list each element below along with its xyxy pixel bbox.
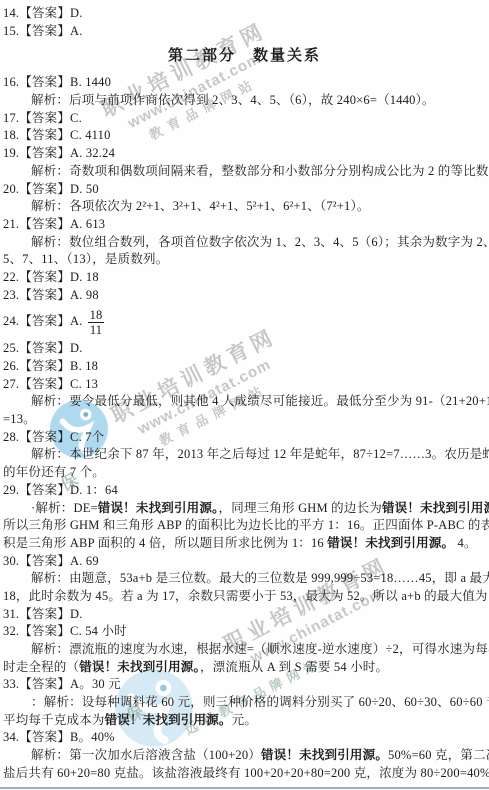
text-segment: 4。	[454, 536, 476, 550]
text-segment: =13。	[3, 412, 36, 426]
text-segment: ，漂流瓶从 A 到 S 需要 54 小时。	[200, 660, 388, 674]
section-title: 第二部分 数量关系	[3, 44, 486, 68]
text-segment: 33.【答案】A。30 元	[3, 677, 121, 691]
text-segment: 解析：后项与前项作商依次得到 2、3、4、5、（6），故 240×6=（1440…	[31, 93, 435, 107]
answer-line: 17.【答案】C.	[3, 110, 486, 128]
answer-line: 29.【答案】D. 1：64	[3, 482, 486, 500]
text-segment: 17.【答案】C.	[3, 111, 82, 125]
text-segment: 26.【答案】B. 18	[3, 359, 98, 373]
document-body: 14.【答案】D.15.【答案】A.第二部分 数量关系16.【答案】B. 144…	[0, 0, 489, 783]
explanation-line: 时走全程的（错误！未找到引用源。，漂流瓶从 A 到 S 需要 54 小时。	[3, 659, 486, 677]
answer-line: 18.【答案】C. 4110	[3, 127, 486, 145]
text-segment: ：解析：设每种调料花 60 元，则三种价格的调料分别买了 60÷20、60÷30…	[31, 695, 489, 709]
answer-line: 34.【答案】B。40%	[3, 729, 486, 747]
answer-line: 14.【答案】D.	[3, 5, 486, 23]
text-segment: 25.【答案】D.	[3, 341, 83, 355]
fraction-prefix: 24.【答案】A.	[3, 313, 83, 331]
answer-line: 16.【答案】B. 1440	[3, 74, 486, 92]
text-segment: 解析：本世纪余下 87 年，2013 年之后每过 12 年是蛇年，87÷12=7…	[31, 447, 489, 461]
answer-key-page: 职业培训教育网 www.chinatat.com 教育品牌网站 职业培训教育网 …	[0, 0, 489, 790]
text-segment: 21.【答案】A. 613	[3, 217, 105, 231]
text-segment: 18.【答案】C. 4110	[3, 128, 111, 142]
text-segment: 的年份还有 7 个。	[3, 465, 105, 479]
explanation-line: 解析：漂流瓶的速度为水速，根据水速=（顺水速度-逆水速度）÷2，可得水速为每小	[3, 641, 486, 659]
text-segment: 28.【答案】C. 7个	[3, 430, 104, 444]
explanation-line: 18，此时余数为 45。若 a 为 17，余数只需要小于 53，最大为 52。所…	[3, 588, 486, 606]
text-segment: 23.【答案】A. 98	[3, 288, 99, 302]
bottom-divider-line	[0, 787, 489, 789]
answer-line: 15.【答案】A.	[3, 23, 486, 41]
fraction-value: 1811	[88, 308, 105, 337]
error-reference-text: 错误！未找到引用源。	[79, 660, 200, 674]
text-segment: 31.【答案】D.	[3, 607, 83, 621]
error-reference-text: 错误！未找到引用源。	[98, 501, 219, 515]
explanation-line: 解析：数位组合数列，各项首位数字依次为 1、2、3、4、5（6）；其余为数字为 …	[3, 234, 486, 252]
explanation-line: 平均每千克成本为错误！未找到引用源。元。	[3, 712, 486, 730]
fraction-numerator: 18	[88, 308, 105, 323]
error-reference-text: 错误！未找到引用源。	[105, 713, 232, 727]
text-segment: 14.【答案】D.	[3, 6, 83, 20]
text-segment: 元。	[232, 713, 257, 727]
answer-line: 32.【答案】C. 54 小时	[3, 623, 486, 641]
explanation-line: ：解析：设每种调料花 60 元，则三种价格的调料分别买了 60÷20、60÷30…	[3, 694, 486, 712]
text-segment: 20.【答案】D. 50	[3, 182, 99, 196]
explanation-line: 所以三角形 GHM 和三角形 ABP 的面积比为边长比的平方 1：16。正四面体…	[3, 517, 486, 535]
text-segment: 所以三角形 GHM 和三角形 ABP 的面积比为边长比的平方 1：16。正四面体…	[3, 518, 489, 532]
answer-line: 31.【答案】D.	[3, 606, 486, 624]
answer-line: 21.【答案】A. 613	[3, 216, 486, 234]
text-segment: 15.【答案】A.	[3, 24, 83, 38]
explanation-line: ·解析：DE=错误！未找到引用源。，同理三角形 GHM 的边长为错误！未找到引用…	[3, 500, 486, 518]
text-segment: 50%=60 克，第二次加	[388, 748, 489, 762]
text-segment: ，同理三角形 GHM 的边长为	[219, 501, 382, 515]
answer-line: 19.【答案】A. 32.24	[3, 145, 486, 163]
explanation-line: 盐后共有 60+20=80 克盐。该盐溶液最终有 100+20+20+80=20…	[3, 765, 486, 783]
text-segment: 积是三角形 ABP 面积的 4 倍，所以题目所求比例为 1：16	[3, 536, 327, 550]
text-segment: 22.【答案】D. 18	[3, 270, 99, 284]
explanation-line: 积是三角形 ABP 面积的 4 倍，所以题目所求比例为 1：16 错误！未找到引…	[3, 535, 486, 553]
explanation-line: 解析：各项依次为 2²+1、3²+1、4²+1、5²+1、6²+1、（7²+1）…	[3, 198, 486, 216]
answer-line: 23.【答案】A. 98	[3, 287, 486, 305]
text-segment: 解析：漂流瓶的速度为水速，根据水速=（顺水速度-逆水速度）÷2，可得水速为每小	[31, 642, 489, 656]
explanation-line: =13。	[3, 411, 486, 429]
text-segment: 30.【答案】A. 69	[3, 554, 99, 568]
text-segment: 时走全程的（	[3, 660, 79, 674]
text-segment: 32.【答案】C. 54 小时	[3, 624, 127, 638]
text-segment: 29.【答案】D. 1：64	[3, 483, 118, 497]
explanation-line: 5、7、11、（13），是质数列。	[3, 251, 486, 269]
text-segment: 解析：由题意，53a+b 是三位数。最大的三位数是 999,999÷53=18……	[31, 571, 489, 585]
error-reference-text: 错误！未找到引用源。	[327, 536, 454, 550]
answer-line: 22.【答案】D. 18	[3, 269, 486, 287]
text-segment: 19.【答案】A. 32.24	[3, 146, 115, 160]
text-segment: 盐后共有 60+20=80 克盐。该盐溶液最终有 100+20+20+80=20…	[3, 766, 489, 780]
text-segment: 解析：要令最低分最低，则其他 4 人成绩尽可能接近。最低分至少为 91-（21+…	[31, 394, 489, 408]
explanation-line: 解析：第一次加水后溶液含盐（100+20）错误！未找到引用源。50%=60 克，…	[3, 747, 486, 765]
answer-line: 25.【答案】D.	[3, 340, 486, 358]
answer-line: 20.【答案】D. 50	[3, 181, 486, 199]
text-segment: 解析：数位组合数列，各项首位数字依次为 1、2、3、4、5（6）；其余为数字为 …	[31, 235, 489, 249]
error-reference-text: 错误！未找到引用源。	[382, 501, 489, 515]
answer-line: 30.【答案】A. 69	[3, 553, 486, 571]
answer-line: 27.【答案】C. 13	[3, 376, 486, 394]
text-segment: 18，此时余数为 45。若 a 为 17，余数只需要小于 53，最大为 52。所…	[3, 589, 489, 603]
explanation-line: 解析：奇数项和偶数项间隔来看，整数部分和小数部分分别构成公比为 2 的等比数列。	[3, 163, 486, 181]
explanation-line: 解析：由题意，53a+b 是三位数。最大的三位数是 999,999÷53=18……	[3, 570, 486, 588]
error-reference-text: 错误！未找到引用源。	[261, 748, 388, 762]
explanation-line: 解析：后项与前项作商依次得到 2、3、4、5、（6），故 240×6=（1440…	[3, 92, 486, 110]
explanation-line: 的年份还有 7 个。	[3, 464, 486, 482]
text-segment: 16.【答案】B. 1440	[3, 75, 111, 89]
text-segment: ·解析：DE=	[31, 501, 98, 515]
error-reference-text: 第二部分 数量关系	[168, 47, 321, 64]
text-segment: 27.【答案】C. 13	[3, 377, 98, 391]
answer-line-fraction: 24.【答案】A.1811	[3, 304, 486, 340]
explanation-line: 解析：本世纪余下 87 年，2013 年之后每过 12 年是蛇年，87÷12=7…	[3, 446, 486, 464]
explanation-line: 解析：要令最低分最低，则其他 4 人成绩尽可能接近。最低分至少为 91-（21+…	[3, 393, 486, 411]
text-segment: 34.【答案】B。40%	[3, 730, 115, 744]
fraction-denominator: 11	[88, 323, 104, 337]
answer-line: 26.【答案】B. 18	[3, 358, 486, 376]
text-segment: 平均每千克成本为	[3, 713, 105, 727]
answer-line: 28.【答案】C. 7个	[3, 429, 486, 447]
text-segment: 解析：奇数项和偶数项间隔来看，整数部分和小数部分分别构成公比为 2 的等比数列。	[31, 164, 489, 178]
text-segment: 5、7、11、（13），是质数列。	[3, 252, 168, 266]
text-segment: 解析：各项依次为 2²+1、3²+1、4²+1、5²+1、6²+1、（7²+1）…	[31, 199, 370, 213]
answer-line: 33.【答案】A。30 元	[3, 676, 486, 694]
text-segment: 解析：第一次加水后溶液含盐（100+20）	[31, 748, 261, 762]
